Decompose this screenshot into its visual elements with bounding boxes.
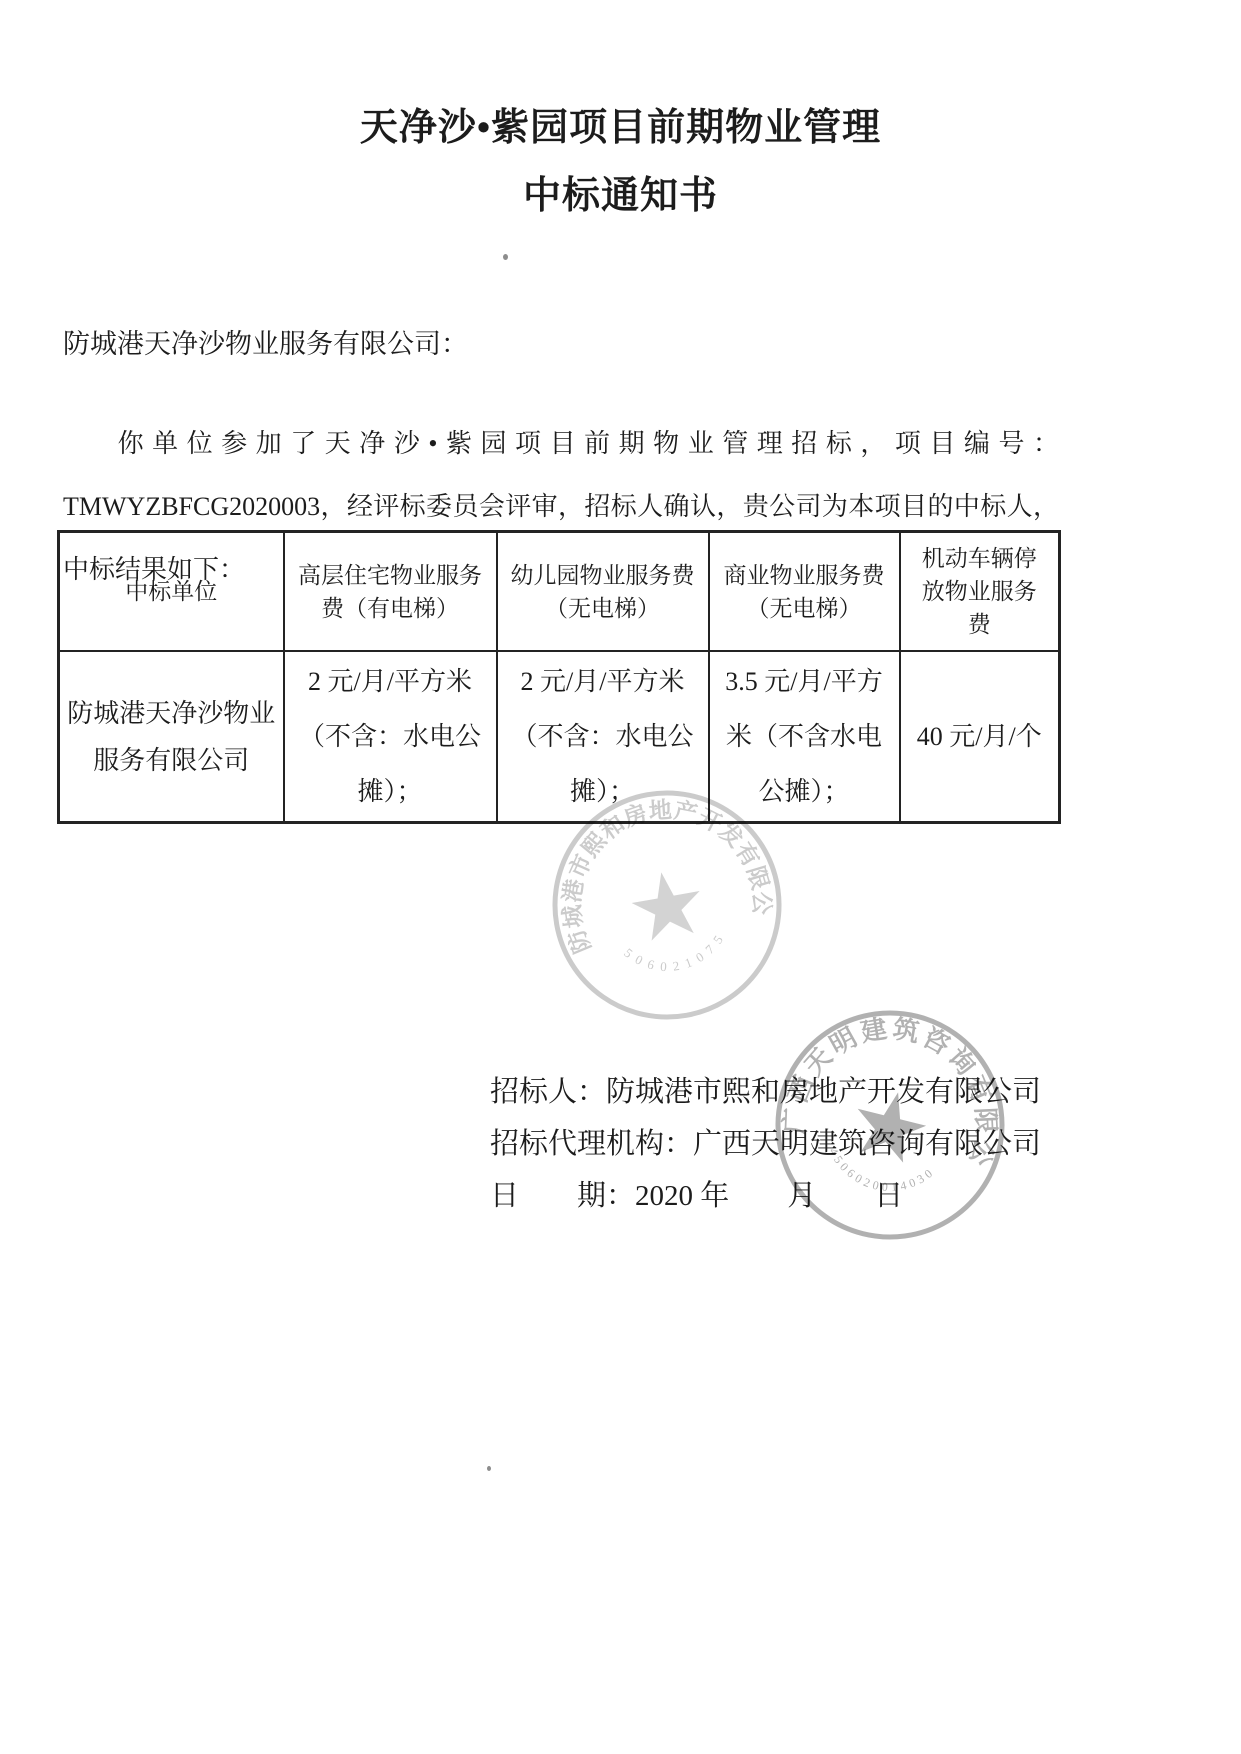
bidder-name: 防城港市熙和房地产开发有限公司 <box>606 1076 1041 1108</box>
bid-result-table: 中标单位 高层住宅物业服务费（有电梯） 幼儿园物业服务费（无电梯） 商业物业服务… <box>57 530 1061 824</box>
agency-label: 招标代理机构： <box>490 1128 693 1160</box>
recipient-salutation: 防城港天净沙物业服务有限公司： <box>63 328 468 360</box>
document-title-line2: 中标通知书 <box>0 174 1241 220</box>
scan-speck <box>503 254 508 260</box>
cell-winning-bidder: 防城港天净沙物业服务有限公司 <box>59 651 284 823</box>
cell-parking-fee: 40 元/月/个 <box>900 651 1060 823</box>
header-commercial-fee: 商业物业服务费（无电梯） <box>709 532 900 652</box>
scanned-document-page: 天净沙•紫园项目前期物业管理 中标通知书 防城港天净沙物业服务有限公司： 你单位… <box>0 0 1241 1754</box>
header-winning-bidder: 中标单位 <box>59 532 284 652</box>
cell-highrise-fee: 2 元/月/平方米（不含：水电公摊）； <box>284 651 497 823</box>
date-line: 日 期：2020 年 月 日 <box>490 1170 1041 1222</box>
cell-kindergarten-fee: 2 元/月/平方米（不含：水电公摊）； <box>497 651 709 823</box>
date-label: 日 期： <box>490 1180 635 1212</box>
seal-serial-number: 506021075 <box>619 929 729 983</box>
bidder-label: 招标人： <box>490 1076 606 1108</box>
document-title-line1: 天净沙•紫园项目前期物业管理 <box>0 106 1241 152</box>
date-value: 2020 年 月 日 <box>635 1180 903 1212</box>
table-header-row: 中标单位 高层住宅物业服务费（有电梯） 幼儿园物业服务费（无电梯） 商业物业服务… <box>59 532 1060 652</box>
header-parking-fee: 机动车辆停放物业服务费 <box>900 532 1060 652</box>
table-row: 防城港天净沙物业服务有限公司 2 元/月/平方米（不含：水电公摊）； 2 元/月… <box>59 651 1060 823</box>
scan-speck <box>487 1466 491 1471</box>
header-highrise-fee: 高层住宅物业服务费（有电梯） <box>284 532 497 652</box>
star-icon: ★ <box>619 852 716 964</box>
cell-commercial-fee: 3.5 元/月/平方米（不含水电公摊）； <box>709 651 900 823</box>
signature-block: 招标人：防城港市熙和房地产开发有限公司 招标代理机构：广西天明建筑咨询有限公司 … <box>490 1066 1041 1222</box>
agency-name: 广西天明建筑咨询有限公司 <box>693 1128 1041 1160</box>
agency-line: 招标代理机构：广西天明建筑咨询有限公司 <box>490 1118 1041 1170</box>
header-kindergarten-fee: 幼儿园物业服务费（无电梯） <box>497 532 709 652</box>
bidder-line: 招标人：防城港市熙和房地产开发有限公司 <box>490 1066 1041 1118</box>
